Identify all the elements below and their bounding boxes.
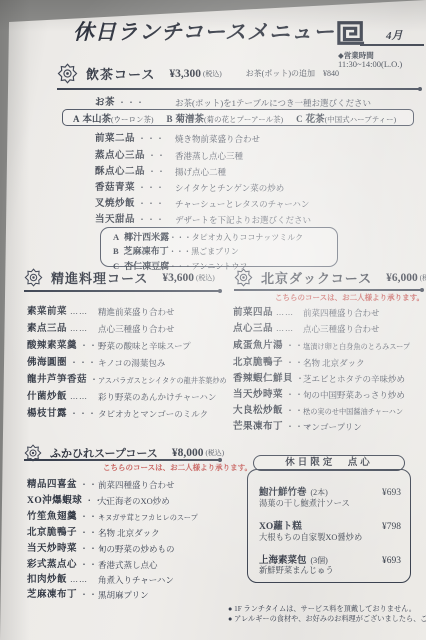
tax-label: (税込) [420,273,426,283]
item-leader-dots: ・・・ [138,215,165,224]
course-seal-icon [57,63,78,84]
logo-underline [360,44,424,46]
item-desc: 塩漬け卵と白身魚のとろみスープ [303,341,410,353]
tea-option-name: 花茶 [306,115,325,125]
item-desc: 名物 北京ダック [303,357,365,369]
item-name: 北京脆鴨子 [233,358,283,368]
item-leader-dots: …… [70,392,88,401]
item-price: ¥693 [382,488,401,498]
dessert-option-desc: 黒ごまプリン [191,247,239,256]
dessert-options-box: A椰汁西米露・・・タピオカ入りココナッツミルク B芝麻凍布丁・・・黒ごまプリン … [100,227,338,267]
item-name: 蒸点心三品 [95,151,145,161]
item-name: 扣肉炒飯 [27,575,67,585]
item-name: 彩式蒸点心 [27,560,77,570]
item-name: 竹笙魚翅羹 [27,512,77,522]
item-name: XO沖爆蝦球 [27,496,82,506]
item-price: ¥693 [382,556,401,566]
item-desc: デザートを下記よりお選びください [175,214,311,226]
item-desc: 野菜の酸味と辛味スープ [98,340,191,352]
item-leader-dots: ・・・ [70,358,97,367]
tax-label: (税込) [203,69,222,79]
course-header-peking: 北京ダックコース ¥6,000 (税込) [234,268,426,287]
course-rule [234,289,422,291]
menu-item-row: XO沖爆蝦球・・・大正海老のXO炒め [27,493,112,507]
item-desc: 新鮮野菜まんじゅう [259,564,334,576]
item-desc: マンゴープリン [303,421,362,433]
item-desc: 角煮入りチャーハン [98,574,174,586]
course-price: ¥8,000 [172,447,204,459]
item-desc: 揚げ点心二種 [175,166,226,178]
menu-item-row: 佛海圓圏・・・キノコの湯葉包み [27,355,97,369]
item-desc: 旬の野菜の炒めもの [98,543,175,555]
item-price: ¥798 [382,522,401,532]
tea-option-name: 菊潽茶 [176,115,205,125]
tea-option-name: 本山茶 [83,115,112,125]
menu-item-row: 大良松炒飯・・・松の実のせ中国醤油チャーハン [233,403,313,417]
item-desc: キヌガサ茸とフカヒレのスープ [98,512,198,524]
item-desc: 香港蒸し点心三種 [175,150,243,162]
course-name: 飲茶コース [86,64,155,83]
item-name: 大良松炒飯 [233,406,283,416]
menu-item-row: 楊枝甘露・・・タピオカとマンゴーのミルク [27,406,97,420]
footer-note: ● 1F ランチタイムは、サービス料を頂戴しておりません。 [228,604,416,614]
menu-item-row: 叉焼炒飯・・・チャーシューとレタスのチャーハン [95,196,165,210]
menu-item-row: 芒果凍布丁・・・マンゴープリン [233,419,313,433]
tea-option: B菊潽茶(菊の花とプーアール茶) [167,109,284,127]
menu-item-row: 芝麻凍布丁・・・黒胡麻プリン [27,587,107,601]
item-desc: 前菜四種盛り合わせ [98,479,175,491]
item-desc: 点心三種盛り合わせ [98,323,175,335]
two-person-note: こちらのコースは、お二人様より承ります。 [275,292,424,303]
item-leader-dots: ・・ [148,167,166,176]
item-name: 酥点心二品 [95,167,145,177]
item-name: 素点三品 [27,324,67,334]
dessert-option: B芝麻凍布丁・・・黒ごまプリン [113,244,337,258]
item-desc: 精進前菜盛り合わせ [98,306,175,318]
menu-item-row: 北京脆鴨子・・・名物 北京ダック [27,525,107,539]
item-name: 当天甜品 [95,215,135,225]
item-desc: 前菜四種盛り合わせ [303,307,380,319]
tea-option: C花茶(中国式ハーブティー) [296,109,396,127]
item-name: 精品四喜盆 [27,480,77,490]
item-leader-dots: …… [276,324,294,333]
tea-option-note: (菊の花とプーアール茶) [204,115,283,124]
item-name: 龍井芦笋香菇 [27,375,87,385]
dessert-leader-dots: ・・・ [169,233,192,242]
item-name: 芝麻凍布丁 [27,590,77,600]
dessert-option-name: 椰汁西米露 [124,232,169,242]
item-leader-dots: ・・・ [138,199,165,208]
menu-item-row: 点心三品……点心三種盛り合わせ [233,321,294,335]
item-name: 当天炒時菜 [27,544,77,554]
item-leader-dots: …… [70,324,88,333]
tax-label: (税込) [196,273,215,283]
item-name: 什菌炒飯 [27,392,67,402]
menu-item-row: 竹笙魚翅羹・・・キヌガサ茸とフカヒレのスープ [27,509,107,523]
item-name: 酸辣素菜羹 [27,341,77,351]
item-desc: 点心三種盛り合わせ [303,323,380,335]
dessert-leader-dots: ・・・ [169,247,192,256]
item-qty: (2本) [311,488,328,497]
item-name: 北京脆鴨子 [27,528,77,538]
item-desc: 松の実のせ中国醤油チャーハン [303,406,403,418]
item-leader-dots: …… [276,308,294,317]
page-title: 休日ランチコースメニュー [58,16,350,46]
item-desc: 焼き物前菜盛り合わせ [175,133,260,145]
item-desc: タピオカとマンゴーのミルク [98,408,208,420]
course-price: ¥6,000 [386,272,418,284]
item-leader-dots: ・・・ [70,409,97,418]
menu-item-row: 什菌炒飯……彩り野菜のあんかけチャーハン [27,389,88,403]
item-name: 素菜前菜 [27,307,67,317]
course-rule [24,290,220,292]
course-name: 精進料理コース [51,268,148,287]
dessert-option-name: 芝麻凍布丁 [124,246,169,256]
menu-item-row: 前菜二品・・・焼き物前菜盛り合わせ [95,131,165,145]
tea-option-label: A [73,114,80,124]
tea-option-label: C [296,114,303,124]
menu-item-row: 当天甜品・・・デザートを下記よりお選びください [95,212,165,226]
course-price: ¥3,300 [169,68,201,80]
item-desc: シイタケとチンゲン菜の炒め [175,182,284,194]
item-desc: 大根もちの自家製XO醤炒め [259,531,362,543]
item-leader-dots: ・・・ [138,134,165,143]
item-name: 前菜二品 [95,134,135,144]
menu-item-row: 当天炒時菜・・・旬の中国野菜あっさり炒め [233,387,313,401]
dessert-option: A椰汁西米露・・・タピオカ入りココナッツミルク [113,230,337,244]
menu-item-row: 素菜前菜……精進前菜盛り合わせ [27,304,88,318]
menu-item-row: 咸蛋魚片湯・・・塩漬け卵と白身魚のとろみスープ [233,338,313,352]
menu-item-row: 香辣蝦仁鮮貝・・芝エビとホタテの辛味炒め [233,371,314,385]
menu-item-row: 北京脆鴨子・・・名物 北京ダック [233,355,313,369]
menu-item-row: 酥点心二品・・揚げ点心二種 [95,164,166,178]
tea-option-note: (中国式ハーブティー) [325,115,397,124]
menu-item-row: 酸辣素菜羹・・・野菜の酸味と辛味スープ [27,338,107,352]
course-price: ¥3,600 [162,272,194,284]
course-header-shojin: 精進料理コース ¥3,600 (税込) [24,268,215,287]
item-desc: 彩り野菜のあんかけチャーハン [98,391,216,403]
dessert-option-label: A [113,232,119,242]
item-name: 前菜四品 [233,308,273,318]
menu-item-row: 彩式蒸点心・・・香港式蒸し点心 [27,557,107,571]
menu-item-row: 扣肉炒飯……角煮入りチャーハン [27,572,88,586]
item-desc: キノコの湯葉包み [98,357,165,369]
item-name: 香菇青菜 [95,183,135,193]
item-name: 香辣蝦仁鮮貝 [233,374,293,384]
two-person-note: こちらのコースは、お二人様より承ります。 [103,462,252,473]
course-name: 北京ダックコース [261,268,372,287]
tax-label: (税込) [205,448,224,458]
item-leader-dots: ・・・ [118,98,145,107]
item-name: 叉焼炒飯 [95,199,135,209]
menu-item-row: 精品四喜盆・・・前菜四種盛り合わせ [27,477,107,491]
item-name: 咸蛋魚片湯 [233,341,283,351]
item-desc: 旬の中国野菜あっさり炒め [303,389,405,401]
menu-item-row: 前菜四品……前菜四種盛り合わせ [233,305,294,319]
tea-options-box: A本山茶(ウーロン茶) B菊潽茶(菊の花とプーアール茶) C花茶(中国式ハーブテ… [62,109,414,126]
item-name: 当天炒時菜 [233,390,283,400]
course-seal-icon [24,268,43,287]
item-leader-dots: ・・ [148,151,166,160]
tea-option-note: (ウーロン茶) [111,115,154,124]
tea-option-label: B [167,114,173,124]
menu-item-row: 蒸点心三品・・香港蒸し点心三種 [95,148,166,162]
menu-item-row: 素点三品……点心三種盛り合わせ [27,321,88,335]
limited-dimsum-box: 鮑汁鮮竹巻(2本) ¥693 湯葉の干し鮑煮汁ソース XO蘿ト糕 ¥798 大根… [247,469,411,583]
spiral-logo-icon [337,20,365,46]
month-label: 4月 [386,27,403,43]
tea-option: A本山茶(ウーロン茶) [73,109,154,127]
item-name: 芒果凍布丁 [233,422,283,432]
tea-refill-note: お茶(ポット)の追加 ¥840 [246,68,339,79]
menu-item-row: 龍井芦笋香菇・アスパラガスとシイタケの龍井茶葉炒め [27,372,99,386]
course-seal-icon [234,268,253,287]
item-desc: 湯葉の干し鮑煮汁ソース [259,497,350,509]
item-desc: 香港式蒸し点心 [98,559,158,571]
item-desc: 黒胡麻プリン [98,589,149,601]
item-name: 楊枝甘露 [27,409,67,419]
item-desc: 芝エビとホタテの辛味炒め [303,373,405,385]
menu-item-row: 香菇青菜・・・シイタケとチンゲン菜の炒め [95,180,165,194]
menu-item-row: お茶・・・ お茶(ポット)を1テーブルにつき一種お選びください [95,95,145,109]
item-desc: 大正海老のXO炒め [98,495,170,507]
item-desc: アスパラガスとシイタケの龍井茶葉炒め [98,375,227,387]
course-header-yumcha: 飲茶コース ¥3,300 (税込) お茶(ポット)の追加 ¥840 [57,63,339,84]
item-desc: 名物 北京ダック [98,527,160,539]
dessert-option-label: B [113,246,119,256]
item-name: 佛海圓圏 [27,358,67,368]
item-desc: チャーシューとレタスのチャーハン [175,198,309,210]
item-leader-dots: …… [70,575,88,584]
dessert-option-desc: タピオカ入りココナッツミルク [192,233,303,242]
item-desc: お茶(ポット)を1テーブルにつき一種お選びください [175,97,371,109]
course-rule [57,88,420,90]
course-rule [24,459,220,461]
item-name: お茶 [95,98,115,108]
footer-note: ● アレルギーの食材や、お好みのお料理がございましたら、ご相談ください [228,614,426,624]
item-name: 点心三品 [233,324,273,334]
item-leader-dots: ・・・ [138,183,165,192]
item-leader-dots: …… [70,307,88,316]
business-hours: 11:30~14:00(L.O.) [338,59,402,69]
menu-item-row: 当天炒時菜・・・旬の野菜の炒めもの [27,541,107,555]
